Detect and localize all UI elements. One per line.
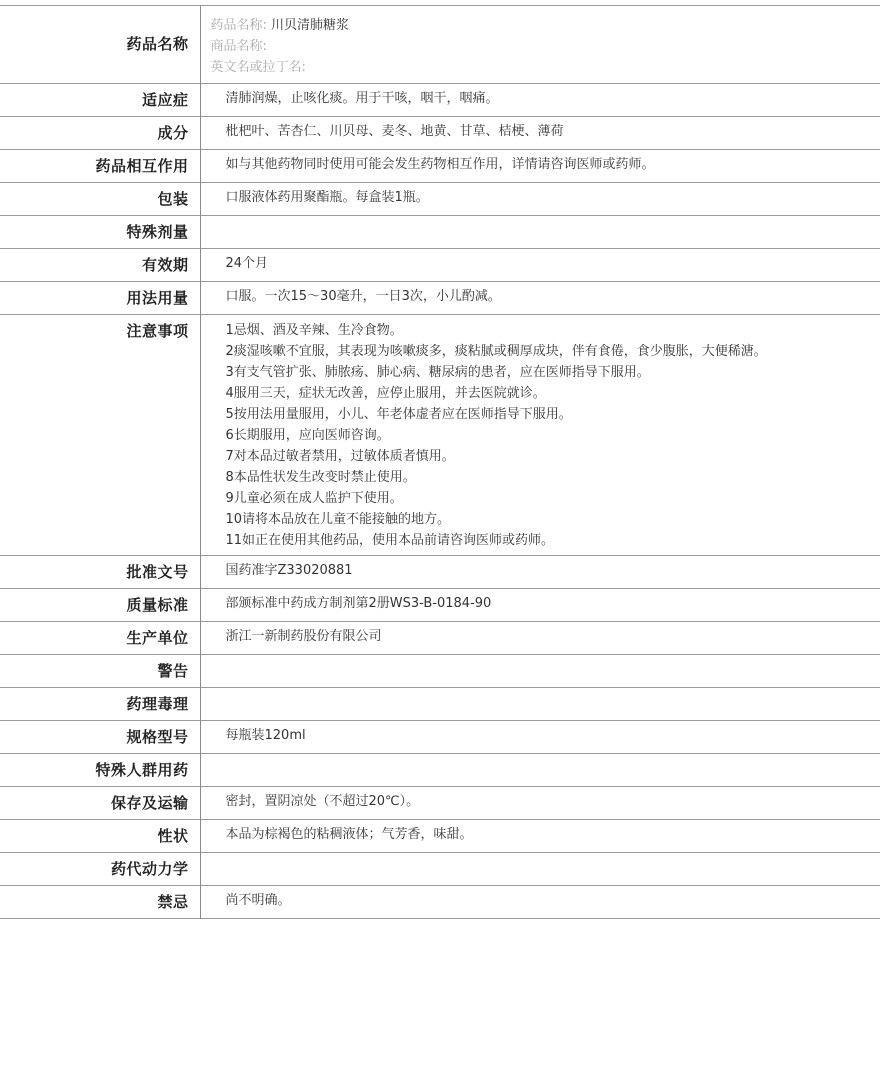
row-label: 保存及运输 <box>0 787 189 813</box>
manufacturer-value: 浙江一新制药股份有限公司 <box>226 622 786 654</box>
precaution-item: 7对本品过敏者禁用，过敏体质者慎用。 <box>226 446 786 467</box>
drug-name-details: 药品名称: 川贝清肺糖浆 商品名称: 英文名或拉丁名: <box>201 6 880 78</box>
row-packaging: 包装 口服液体药用聚酯瓶。每盒装1瓶。 <box>0 183 880 216</box>
shelf-life-value: 24个月 <box>226 249 786 281</box>
row-label: 适应症 <box>0 84 189 110</box>
precaution-item: 10请将本品放在儿童不能接触的地方。 <box>226 509 786 530</box>
row-label: 规格型号 <box>0 721 189 747</box>
row-pharmacokinetics: 药代动力学 <box>0 853 880 886</box>
warning-value <box>226 655 786 687</box>
row-approval-number: 批准文号 国药准字Z33020881 <box>0 556 880 589</box>
row-special-dosage: 特殊剂量 <box>0 216 880 249</box>
english-name-label: 英文名或拉丁名: <box>211 60 306 75</box>
packaging-value: 口服液体药用聚酯瓶。每盒装1瓶。 <box>226 183 786 215</box>
english-name-line: 英文名或拉丁名: <box>211 57 880 78</box>
row-label: 特殊剂量 <box>0 216 189 242</box>
trade-name-line: 商品名称: <box>211 36 880 57</box>
row-quality-standard: 质量标准 部颁标准中药成方制剂第2册WS3-B-0184-90 <box>0 589 880 622</box>
row-ingredients: 成分 枇杷叶、苦杏仁、川贝母、麦冬、地黄、甘草、桔梗、薄荷 <box>0 117 880 150</box>
description-value: 本品为棕褐色的粘稠液体；气芳香，味甜。 <box>226 820 786 852</box>
precaution-item: 6长期服用，应向医师咨询。 <box>226 425 786 446</box>
row-specification: 规格型号 每瓶装120ml <box>0 721 880 754</box>
label-cell: 药品名称 <box>0 6 200 84</box>
interactions-value: 如与其他药物同时使用可能会发生药物相互作用，详情请咨询医师或药师。 <box>226 150 786 182</box>
row-pharmacology-toxicology: 药理毒理 <box>0 688 880 721</box>
specification-value: 每瓶装120ml <box>226 721 786 753</box>
row-contraindications: 禁忌 尚不明确。 <box>0 886 880 919</box>
row-warning: 警告 <box>0 655 880 688</box>
row-usage-dosage: 用法用量 口服。一次15～30毫升，一日3次，小儿酌减。 <box>0 282 880 315</box>
trade-name-label: 商品名称: <box>211 39 267 54</box>
usage-dosage-value: 口服。一次15～30毫升，一日3次，小儿酌减。 <box>226 282 786 314</box>
generic-name-line: 药品名称: 川贝清肺糖浆 <box>211 15 880 36</box>
ingredients-value: 枇杷叶、苦杏仁、川贝母、麦冬、地黄、甘草、桔梗、薄荷 <box>226 117 786 149</box>
row-label: 药品相互作用 <box>0 150 189 176</box>
row-label: 批准文号 <box>0 556 189 582</box>
row-indications: 适应症 清肺润燥，止咳化痰。用于干咳，咽干，咽痛。 <box>0 84 880 117</box>
row-manufacturer: 生产单位 浙江一新制药股份有限公司 <box>0 622 880 655</box>
row-shelf-life: 有效期 24个月 <box>0 249 880 282</box>
row-label: 生产单位 <box>0 622 189 648</box>
row-label: 禁忌 <box>0 886 189 912</box>
pharmacokinetics-value <box>226 853 786 885</box>
precaution-item: 8本品性状发生改变时禁止使用。 <box>226 467 786 488</box>
contraindications-value: 尚不明确。 <box>226 886 786 918</box>
drug-spec-table: 药品名称 药品名称: 川贝清肺糖浆 商品名称: 英文名或拉丁名: <box>0 5 880 919</box>
row-label: 警告 <box>0 655 189 681</box>
indications-value: 清肺润燥，止咳化痰。用于干咳，咽干，咽痛。 <box>226 84 786 116</box>
row-label: 药理毒理 <box>0 688 189 714</box>
precaution-item: 9儿童必须在成人监护下使用。 <box>226 488 786 509</box>
row-label: 包装 <box>0 183 189 209</box>
row-label: 成分 <box>0 117 189 143</box>
row-label: 注意事项 <box>0 315 189 341</box>
precaution-item: 5按用法用量服用，小儿、年老体虚者应在医师指导下服用。 <box>226 404 786 425</box>
row-label: 药代动力学 <box>0 853 189 879</box>
special-populations-value <box>226 754 786 786</box>
precaution-item: 11如正在使用其他药品，使用本品前请咨询医师或药师。 <box>226 530 786 551</box>
special-dosage-value <box>226 216 786 248</box>
row-interactions: 药品相互作用 如与其他药物同时使用可能会发生药物相互作用，详情请咨询医师或药师。 <box>0 150 880 183</box>
row-label: 用法用量 <box>0 282 189 308</box>
precaution-item: 2痰湿咳嗽不宜服，其表现为咳嗽痰多，痰粘腻或稠厚成块，伴有食倦，食少腹胀，大便稀… <box>226 341 786 362</box>
row-label: 特殊人群用药 <box>0 754 189 780</box>
precaution-item: 4服用三天，症状无改善，应停止服用，并去医院就诊。 <box>226 383 786 404</box>
row-drug-name: 药品名称 药品名称: 川贝清肺糖浆 商品名称: 英文名或拉丁名: <box>0 6 880 84</box>
generic-name-value: 川贝清肺糖浆 <box>271 18 349 33</box>
storage-transport-value: 密封，置阴凉处（不超过20℃）。 <box>226 787 786 819</box>
row-label: 药品名称 <box>0 6 189 54</box>
precaution-item: 1忌烟、酒及辛辣、生冷食物。 <box>226 320 786 341</box>
row-label: 性状 <box>0 820 189 846</box>
row-special-populations: 特殊人群用药 <box>0 754 880 787</box>
precaution-item: 3有支气管扩张、肺脓疡、肺心病、糖尿病的患者，应在医师指导下服用。 <box>226 362 786 383</box>
row-label: 质量标准 <box>0 589 189 615</box>
generic-name-label: 药品名称: <box>211 18 267 33</box>
row-storage-transport: 保存及运输 密封，置阴凉处（不超过20℃）。 <box>0 787 880 820</box>
precautions-list: 1忌烟、酒及辛辣、生冷食物。 2痰湿咳嗽不宜服，其表现为咳嗽痰多，痰粘腻或稠厚成… <box>226 315 786 555</box>
pharmacology-toxicology-value <box>226 688 786 720</box>
row-description: 性状 本品为棕褐色的粘稠液体；气芳香，味甜。 <box>0 820 880 853</box>
row-label: 有效期 <box>0 249 189 275</box>
quality-standard-value: 部颁标准中药成方制剂第2册WS3-B-0184-90 <box>226 589 786 621</box>
value-cell: 药品名称: 川贝清肺糖浆 商品名称: 英文名或拉丁名: <box>200 6 880 84</box>
approval-number-value: 国药准字Z33020881 <box>226 556 786 588</box>
row-precautions: 注意事项 1忌烟、酒及辛辣、生冷食物。 2痰湿咳嗽不宜服，其表现为咳嗽痰多，痰粘… <box>0 315 880 556</box>
